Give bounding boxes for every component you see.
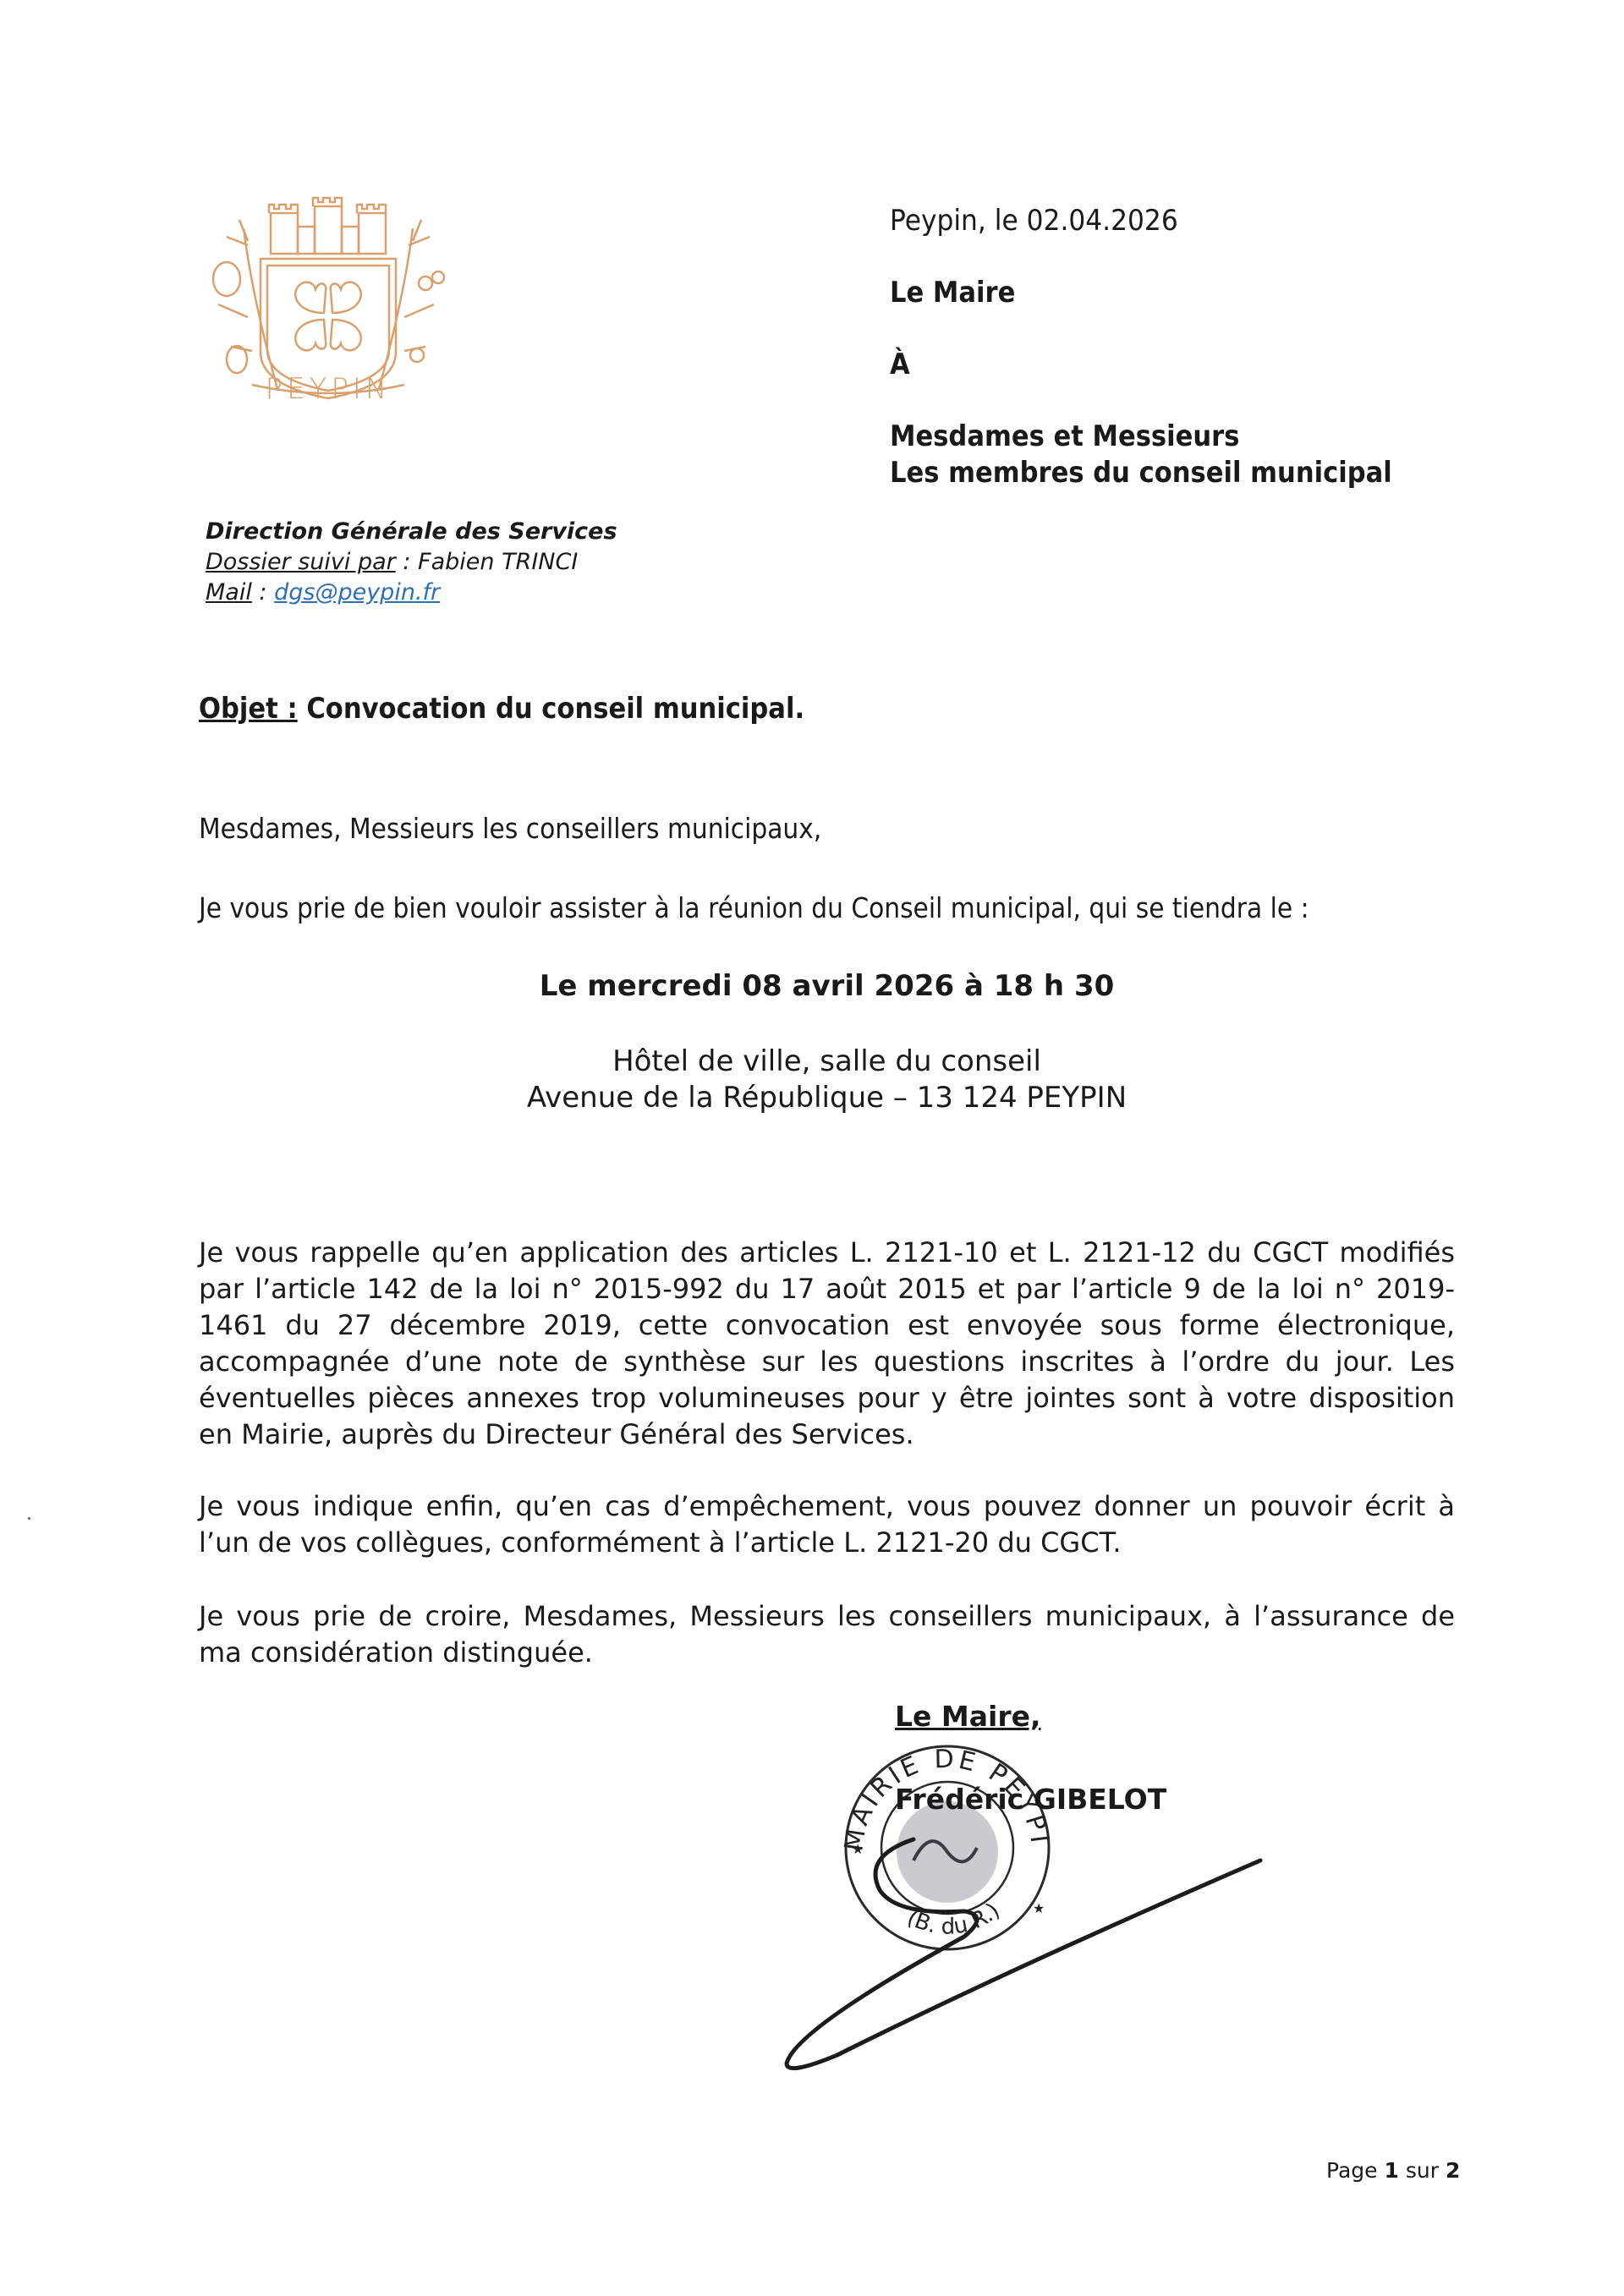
legal-reminder-paragraph: Je vous rappelle qu’en application des a… <box>199 1235 1455 1453</box>
handwritten-signature <box>761 1801 1269 2080</box>
signatory-title: Le Maire, <box>895 1700 1041 1733</box>
followed-by-name: Fabien TRINCI <box>418 549 578 575</box>
page-prefix: Page <box>1326 2158 1384 2183</box>
page-number: Page 1 sur 2 <box>1326 2158 1460 2183</box>
addressee-line-2: Les membres du conseil municipal <box>890 455 1392 491</box>
page-total: 2 <box>1446 2158 1460 2183</box>
mail-link[interactable]: dgs@peypin.fr <box>274 579 440 606</box>
salutation: Mesdames, Messieurs les conseillers muni… <box>199 810 1330 847</box>
subject-line: Objet : Convocation du conseil municipal… <box>199 692 804 726</box>
venue-line-2: Avenue de la République – 13 124 PEYPIN <box>199 1080 1455 1116</box>
subject-text: Convocation du conseil municipal. <box>298 692 804 726</box>
logo-town-name: PEYPIN <box>193 372 464 406</box>
meeting-datetime: Le mercredi 08 avril 2026 à 18 h 30 <box>199 968 1455 1005</box>
subject-label: Objet : <box>199 692 298 726</box>
mail-label: Mail <box>206 579 252 606</box>
scan-speck <box>28 1517 30 1520</box>
department-name: Direction Générale des Services <box>206 517 617 547</box>
addressee-line-1: Mesdames et Messieurs <box>890 419 1392 455</box>
recipient-block: Peypin, le 02.04.2026 Le Maire À Mesdame… <box>890 203 1448 491</box>
followed-by-line: Dossier suivi par : Fabien TRINCI <box>206 547 617 578</box>
mail-line: Mail : dgs@peypin.fr <box>206 578 617 608</box>
invitation-text: Je vous prie de bien vouloir assister à … <box>199 890 1330 926</box>
followed-by-label: Dossier suivi par <box>206 549 396 575</box>
to-marker: À <box>890 347 1392 383</box>
separator: : <box>252 579 274 606</box>
proxy-paragraph: Je vous indique enfin, qu’en cas d’empêc… <box>199 1488 1455 1561</box>
place-and-date: Peypin, le 02.04.2026 <box>890 203 1403 239</box>
sender-title: Le Maire <box>890 275 1392 311</box>
page-separator: sur <box>1399 2158 1446 2183</box>
closing-paragraph: Je vous prie de croire, Mesdames, Messie… <box>199 1598 1455 1671</box>
venue-line-1: Hôtel de ville, salle du conseil <box>199 1044 1455 1080</box>
page-current: 1 <box>1384 2158 1398 2183</box>
separator: : <box>396 549 418 575</box>
sender-info: Direction Générale des Services Dossier … <box>206 517 617 608</box>
